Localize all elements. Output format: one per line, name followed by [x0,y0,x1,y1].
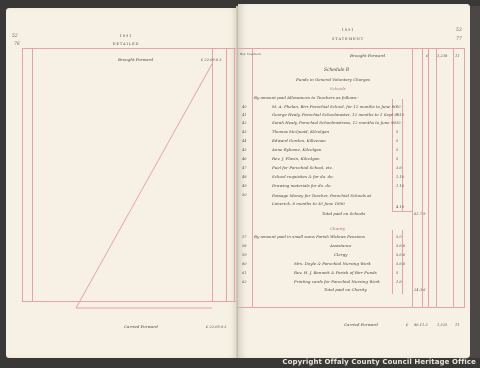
carried-forward-amount: 86.11.3 [414,323,428,327]
charity-total-label: Total paid on Charity [324,287,367,292]
sub-amount-rule [392,230,393,294]
schedule-title: Schedule B [324,68,349,73]
carried-forward-currency: £ [406,323,408,327]
amount-rule [436,48,437,307]
copyright-watermark: Copyright Offaly County Council Heritage… [282,358,476,366]
amount-rule [453,48,454,307]
section-schools: Schools [330,86,346,91]
year-header: 1891 [328,28,368,32]
page-mark: 53 [456,28,462,33]
book-edge [470,6,480,358]
brought-forward-pence: 11 [455,54,460,58]
schools-total: 62.7.9 [414,212,425,216]
left-page: 52 76 1891 DETAILED Brought Forward £ 22… [6,8,238,358]
brought-forward-currency: £ [426,54,428,58]
carried-forward-pence: 11 [455,323,460,327]
schools-total-label: Total paid on Schools [322,211,365,216]
carried-forward-amount: £ 22.09.0.3 [206,325,227,329]
ref-column-header: Ref. Vouchers [240,52,261,56]
right-page: 1891 STATEMENT 53 77 Ref. Vouchers Broug… [238,4,470,358]
amount-rule [428,48,429,307]
page-mark: 77 [456,37,462,42]
page-heading: STATEMENT [308,37,388,41]
ref-column-rule [252,48,253,307]
amount-rule [412,48,413,307]
brought-forward-amount: 1,238 [437,54,447,58]
schools-intro: By amount paid Allowances to Teachers as… [254,95,359,100]
carried-forward-total: 1,325 [437,323,447,327]
sub-total-rule [392,211,412,212]
carried-forward-label: Carried Forward [124,324,158,329]
brought-forward-label: Brought Forward [350,53,385,58]
amount-rule [422,48,423,307]
schedule-subtitle: Funds in General Voluntary Charges [296,77,370,82]
charity-total: 24.3.6 [414,288,425,292]
section-charity: Charity [330,226,345,231]
carried-forward-label: Carried Forward [344,322,378,327]
cancellation-z-line [6,8,238,358]
